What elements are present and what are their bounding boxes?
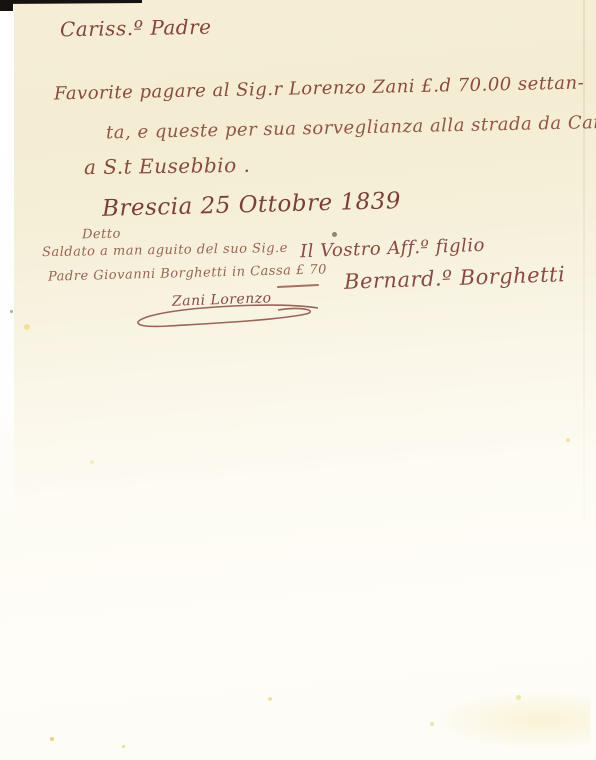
receipt-note-line-1: Detto xyxy=(82,227,121,243)
foxing-speck xyxy=(10,310,13,313)
foxing-speck xyxy=(430,722,434,726)
scan-artifact-corner xyxy=(0,0,13,11)
foxing-speck xyxy=(24,324,30,330)
foxing-speck xyxy=(566,438,570,442)
letter-scan: Cariss.º Padre Favorite pagare al Sig.r … xyxy=(0,0,596,760)
signature-flourish xyxy=(128,300,328,334)
foxing-speck xyxy=(516,695,521,700)
body-line-3: a S.t Eusebbio . xyxy=(84,153,251,179)
salutation: Cariss.º Padre xyxy=(60,15,212,42)
foxing-stain xyxy=(430,690,590,750)
ink-spot xyxy=(332,232,337,237)
foxing-speck xyxy=(268,697,272,701)
foxing-speck xyxy=(50,737,54,741)
foxing-speck xyxy=(122,745,125,748)
foxing-speck xyxy=(90,460,94,464)
scanner-edge-left xyxy=(0,0,14,540)
